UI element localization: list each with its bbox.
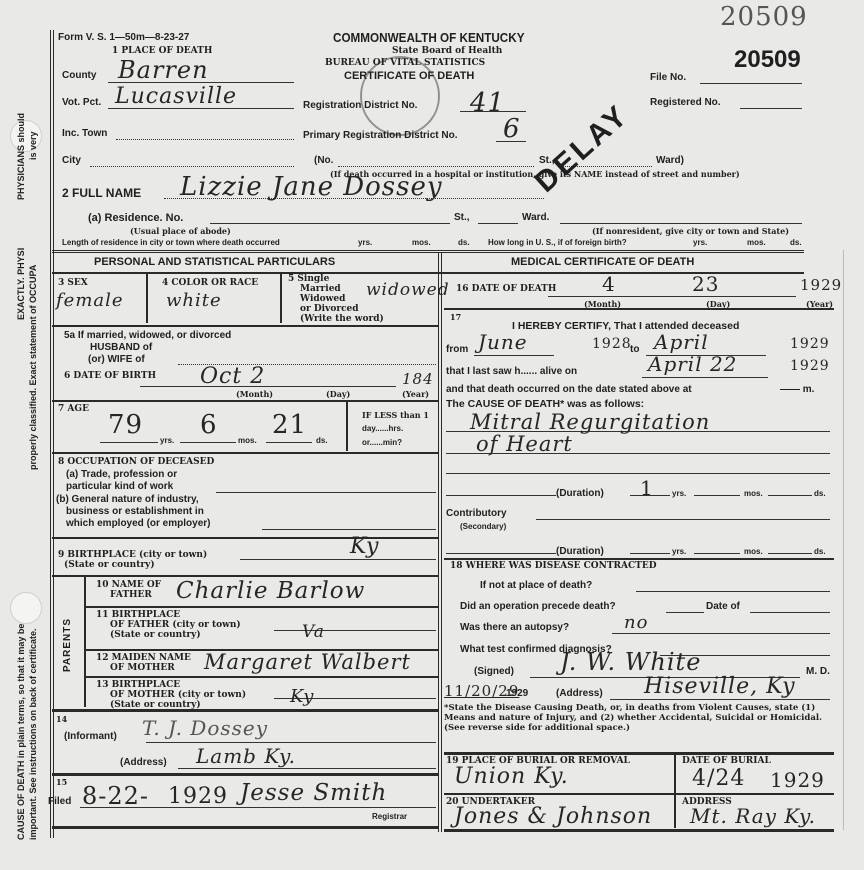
dob-label: 6 DATE OF BIRTH [64, 371, 156, 381]
race-marital-divider [280, 273, 282, 323]
foreign-birth-label: How long in U. S., if of foreign birth? [488, 238, 627, 247]
race-value[interactable]: white [166, 290, 222, 311]
mother-birthplace-value[interactable]: Ky [290, 686, 314, 707]
undertaker-address-value[interactable]: Mt. Ray Ky. [690, 804, 816, 828]
file-no-label: File No. [650, 72, 686, 83]
section-divider [52, 250, 804, 253]
informant-value[interactable]: T. J. Dossey [142, 716, 268, 740]
marital-label-4: or Divorced [300, 304, 359, 314]
punch-hole [10, 592, 42, 624]
stamped-file-number: 20509 [734, 46, 801, 74]
seal-stamp [360, 56, 440, 136]
handwritten-file-number: 20509 [720, 2, 808, 32]
place-of-death-heading: 1 PLACE OF DEATH [112, 46, 212, 56]
physician-signature[interactable]: J. W. White [560, 648, 701, 676]
primary-reg-value[interactable]: 6 [503, 114, 521, 144]
residence-sub-label: (Usual place of abode) [130, 226, 231, 236]
father-birthplace-line [274, 630, 436, 631]
item-17-number: 17 [450, 312, 461, 322]
length-residence-label: Length of residence in city or town wher… [62, 238, 280, 247]
from-line [474, 355, 554, 356]
duration-pre-line [446, 495, 556, 496]
reg-district-value[interactable]: 41 [470, 88, 505, 118]
margin-instruction-mid-b: EXACTLY. PHYSI [16, 248, 26, 320]
residence-label: (a) Residence. No. [88, 212, 183, 224]
duration2-ds-unit: ds. [814, 547, 826, 556]
birthplace-label-2: (State or country) [64, 560, 155, 570]
mother-birthplace-label-1: 13 BIRTHPLACE [96, 680, 180, 690]
occupation-label: 8 OCCUPATION OF DECEASED [58, 457, 214, 467]
margin-instruction-bottom-b: important. See instructions on back of c… [28, 628, 38, 840]
row-rule [52, 537, 438, 539]
father-birthplace-label-2: OF FATHER (city or town) [110, 620, 241, 630]
sex-label: 3 SEX [58, 278, 88, 288]
foreign-yrs: yrs. [693, 238, 707, 247]
signed-label: (Signed) [474, 666, 514, 677]
age-months-line [180, 442, 236, 443]
last-saw-label: that I last saw h...... alive on [446, 366, 577, 377]
sex-race-divider [146, 273, 148, 323]
from-label: from [446, 344, 468, 355]
duration2-yrs-line [630, 553, 670, 554]
duration-value[interactable]: 1 [640, 476, 654, 500]
registered-no-label: Registered No. [650, 97, 721, 108]
dob-day-label: (Day) [326, 389, 350, 399]
personal-heading: PERSONAL AND STATISTICAL PARTICULARS [94, 256, 335, 268]
spouse-label-3: (or) WIFE of [88, 354, 145, 365]
row-rule [52, 709, 438, 712]
cause-of-death-label: The CAUSE OF DEATH* was as follows: [446, 398, 644, 410]
county-label: County [62, 70, 96, 81]
bottom-rule [444, 829, 834, 832]
duration2-pre-line [446, 553, 556, 554]
registered-no-line [740, 108, 802, 109]
filed-date-value[interactable]: 8-22- [82, 782, 149, 810]
date-of-death-label: 16 DATE OF DEATH [456, 284, 556, 294]
physician-address-line [610, 699, 830, 700]
duration2-ds-line [768, 553, 812, 554]
from-value[interactable]: June [478, 330, 528, 354]
filed-label: Filed [48, 796, 71, 807]
not-at-place-label: If not at place of death? [480, 580, 592, 591]
residence-st-label: St., [454, 212, 470, 223]
marital-label-3: Widowed [300, 294, 345, 304]
duration2-mos-line [694, 553, 740, 554]
spouse-label-2: HUSBAND of [90, 342, 152, 353]
inc-town-line [116, 139, 294, 140]
to-label: to [630, 344, 639, 355]
file-no-line [700, 83, 802, 84]
marital-label-2: Married [300, 284, 341, 294]
margin-instruction-top-a: PHYSICIANS should [16, 113, 26, 200]
length-ds: ds. [458, 238, 470, 247]
marital-value[interactable]: widowed [366, 280, 450, 300]
parents-divider [84, 577, 86, 707]
row-rule [52, 773, 438, 776]
burial-divider [674, 754, 676, 828]
bottom-rule [52, 826, 438, 829]
delay-stamp: DELAY [529, 98, 636, 199]
father-birthplace-label-1: 11 BIRTHPLACE [96, 610, 180, 620]
mother-birthplace-label-2: OF MOTHER (city or town) [110, 690, 246, 700]
duration-label: (Duration) [556, 488, 604, 499]
duration-yrs-unit: yrs. [672, 489, 686, 498]
autopsy-value[interactable]: no [624, 612, 648, 633]
filed-number: 15 [56, 777, 67, 787]
father-name-value[interactable]: Charlie Barlow [176, 578, 365, 604]
reg-district-label: Registration District No. [303, 100, 417, 111]
dob-line [140, 386, 396, 387]
duration-mos-unit: mos. [744, 489, 763, 498]
disease-contracted-label: 18 WHERE WAS DISEASE CONTRACTED [450, 561, 657, 571]
birthplace-value[interactable]: Ky [350, 534, 379, 559]
less-than-label-1: IF LESS than 1 [362, 410, 429, 420]
last-saw-line [642, 377, 768, 378]
operation-label: Did an operation precede death? [460, 601, 616, 612]
cause-line-3 [446, 473, 830, 474]
undertaker-value[interactable]: Jones & Johnson [454, 804, 652, 829]
ward-label: Ward) [656, 155, 684, 166]
age-years-line [100, 442, 158, 443]
occupation-b-label-3: which employed (or employer) [66, 518, 210, 529]
center-divider [438, 252, 442, 832]
date-of-death-month[interactable]: 4 [602, 272, 616, 296]
physician-address-value[interactable]: Hiseville, Ky [644, 674, 796, 699]
duration2-label: (Duration) [556, 546, 604, 557]
burial-place-value[interactable]: Union Ky. [454, 764, 569, 789]
filed-year-value[interactable]: 1929 [168, 784, 228, 809]
age-label: 7 AGE [58, 404, 89, 414]
form-subtitle-board: State Board of Health [392, 46, 502, 56]
autopsy-label: Was there an autopsy? [460, 622, 569, 633]
residence-ward-line [478, 223, 518, 224]
operation-date-label: Date of [706, 601, 740, 612]
row-rule [52, 452, 438, 454]
autopsy-line [612, 633, 830, 634]
mother-name-value[interactable]: Margaret Walbert [204, 650, 411, 674]
vot-pct-value[interactable]: Lucasville [115, 84, 237, 109]
md-label: M. D. [806, 666, 830, 677]
occupation-b-label-2: business or establishment in [66, 506, 204, 517]
contributory-line [536, 519, 830, 520]
occupation-a-line [216, 492, 436, 493]
father-birthplace-label-3: (State or country) [110, 630, 201, 640]
residence-line [210, 223, 450, 224]
row-rule [86, 606, 438, 608]
occupation-b-label-1: (b) General nature of industry, [56, 494, 199, 505]
less-than-label-3: or......min? [362, 438, 402, 447]
registrar-signature[interactable]: Jesse Smith [240, 780, 387, 806]
registrar-label: Registrar [372, 812, 407, 821]
length-mos: mos. [412, 238, 431, 247]
length-yrs: yrs. [358, 238, 372, 247]
date-of-death-line [548, 296, 796, 297]
row-rule [444, 793, 834, 795]
primary-reg-label: Primary Registration District No. [303, 130, 457, 141]
form-title: COMMONWEALTH OF KENTUCKY [333, 30, 525, 45]
age-yrs-unit: yrs. [160, 436, 174, 445]
date-of-death-day[interactable]: 23 [692, 272, 719, 296]
father-name-label-2: FATHER [110, 590, 152, 600]
occupation-b-line [262, 529, 436, 530]
row-rule [52, 325, 438, 327]
residence-ward-label: Ward. [522, 212, 549, 223]
vot-pct-label: Vot. Pct. [62, 97, 101, 108]
foreign-mos: mos. [747, 238, 766, 247]
right-border [843, 250, 844, 830]
row-rule [52, 400, 438, 402]
last-saw-year[interactable]: 1929 [790, 358, 830, 374]
foreign-ds: ds. [790, 238, 802, 247]
parents-label: PARENTS [62, 618, 73, 672]
marital-label-1: 5 Single [288, 274, 329, 284]
inc-town-label: Inc. Town [62, 128, 107, 139]
father-name-label-1: 10 NAME OF [96, 580, 161, 590]
father-birthplace-value[interactable]: Va [302, 622, 325, 642]
operation-date-line [750, 612, 830, 613]
from-year[interactable]: 1928 [592, 336, 632, 352]
county-value[interactable]: Barren [118, 56, 209, 84]
marital-label-5: (Write the word) [300, 314, 384, 324]
informant-line [146, 742, 436, 743]
secondary-label: (Secondary) [460, 522, 506, 531]
age-less-divider [346, 401, 348, 451]
mother-name-label-1: 12 MAIDEN NAME [96, 653, 191, 663]
street-no-label: (No. [314, 155, 333, 166]
margin-instruction-mid-a: properly classified. Exact statement of … [28, 265, 38, 470]
row-rule [52, 575, 438, 577]
full-name-value[interactable]: Lizzie Jane Dossey [180, 172, 443, 202]
dob-month-label: (Month) [236, 389, 273, 399]
form-id: Form V. S. 1—50m—8-23-27 [58, 32, 189, 43]
left-border [50, 30, 54, 838]
dob-year-label: (Year) [402, 389, 429, 399]
to-value[interactable]: April [654, 330, 709, 354]
age-ds-unit: ds. [316, 436, 328, 445]
birthplace-label-1: 9 BIRTHPLACE (city or town) [58, 550, 207, 560]
margin-instruction-bottom-a: CAUSE OF DEATH in plain terms, so that i… [16, 624, 26, 840]
row-rule [444, 308, 834, 310]
informant-address-value[interactable]: Lamb Ky. [196, 744, 296, 768]
city-line [90, 166, 294, 167]
duration-ds-unit: ds. [814, 489, 826, 498]
last-saw-value[interactable]: April 22 [648, 352, 737, 376]
row-rule [444, 558, 834, 560]
race-label: 4 COLOR OR RACE [162, 278, 258, 288]
medical-heading: MEDICAL CERTIFICATE OF DEATH [511, 256, 694, 268]
burial-date-value[interactable]: 4/24 [692, 766, 745, 791]
row-rule [444, 752, 834, 755]
dob-value[interactable]: Oct 2 [200, 364, 265, 389]
full-name-label: 2 FULL NAME [62, 186, 141, 200]
birthplace-line [240, 559, 436, 560]
mother-name-label-2: OF MOTHER [110, 663, 175, 673]
duration-ds-line [768, 495, 812, 496]
death-occurred-time: —— m. [780, 384, 814, 395]
duration2-yrs-unit: yrs. [672, 547, 686, 556]
city-label: City [62, 155, 81, 166]
informant-address-line [178, 768, 436, 769]
operation-line [666, 612, 704, 613]
age-years-value[interactable]: 79 [108, 410, 143, 440]
dob-year[interactable]: 184 [402, 370, 434, 388]
spouse-label-1: 5a If married, widowed, or divorced [64, 330, 231, 341]
informant-label: (Informant) [64, 731, 117, 742]
burial-year-value[interactable]: 1929 [770, 768, 825, 792]
not-at-place-line [636, 591, 830, 592]
age-mos-unit: mos. [238, 436, 257, 445]
physician-address-label: (Address) [556, 688, 603, 699]
cause-line-2-value[interactable]: of Heart [476, 432, 573, 456]
residence-extra-line [560, 223, 802, 224]
nonresident-note: (If nonresident, give city or town and S… [592, 226, 789, 236]
street-no-line [338, 166, 534, 167]
occupation-a-label-2: particular kind of work [66, 481, 173, 492]
margin-instruction-top-b: is very [28, 131, 38, 160]
occupation-a-label-1: (a) Trade, profession or [66, 469, 177, 480]
row-rule [86, 676, 438, 678]
to-year[interactable]: 1929 [790, 336, 830, 352]
informant-address-label: (Address) [120, 757, 167, 768]
sign-year: 1929 [506, 688, 528, 699]
duration-mos-line [694, 495, 740, 496]
sex-value[interactable]: female [56, 290, 124, 311]
contributory-label: Contributory [446, 508, 507, 519]
age-days-line [266, 442, 312, 443]
informant-number: 14 [56, 714, 67, 724]
footnote: *State the Disease Causing Death, or, in… [444, 703, 834, 733]
age-days-value[interactable]: 21 [272, 410, 307, 440]
cause-line-1-value[interactable]: Mitral Regurgitation [470, 410, 710, 434]
date-of-death-year[interactable]: 1929 [800, 276, 842, 294]
duration2-mos-unit: mos. [744, 547, 763, 556]
burial-date-label: DATE OF BURIAL [682, 756, 771, 766]
less-than-label-2: day......hrs. [362, 424, 403, 433]
death-occurred-label: and that death occurred on the date stat… [446, 384, 692, 395]
age-months-value[interactable]: 6 [200, 410, 218, 440]
